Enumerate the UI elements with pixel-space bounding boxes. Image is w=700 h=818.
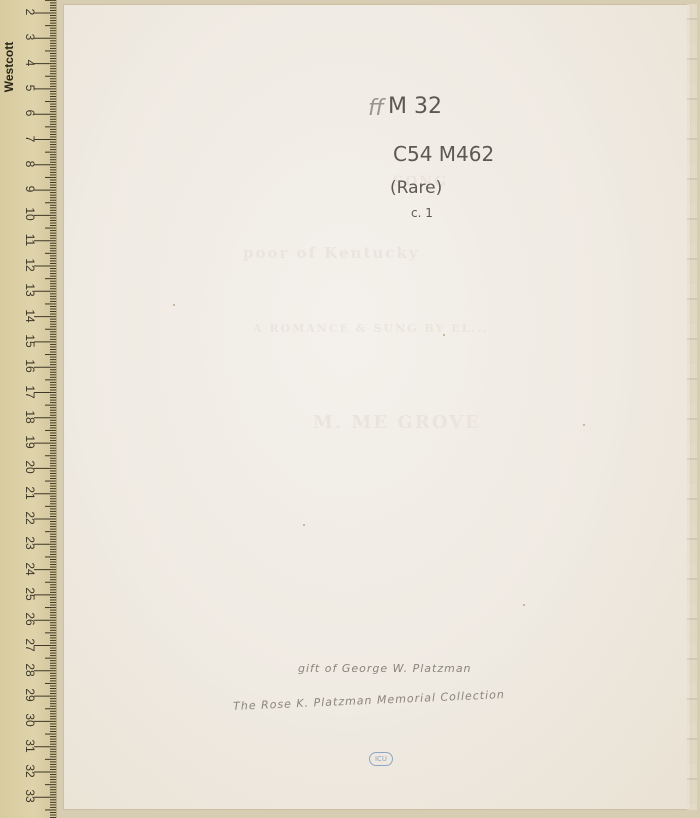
ruler-number: 25 (23, 584, 37, 604)
ruler-number: 5 (23, 78, 37, 98)
ruler-number: 3 (23, 27, 37, 47)
ruler-number: 4 (23, 53, 37, 73)
ruler-number: 14 (23, 306, 37, 326)
ruler-number: 26 (23, 609, 37, 629)
ruler-number: 23 (23, 533, 37, 553)
call-number-prefix: ff (368, 96, 384, 121)
ruler-number: 20 (23, 457, 37, 477)
bleed-through-line-4: M. ME GROVE (313, 412, 481, 433)
ruler-number: 13 (23, 280, 37, 300)
ruler-number: 31 (23, 736, 37, 756)
ruler-number: 22 (23, 508, 37, 528)
library-stamp: ICU (369, 752, 393, 766)
paper-speck (583, 424, 585, 426)
ruler-number: 29 (23, 685, 37, 705)
ruler-number: 33 (23, 786, 37, 806)
torn-page-edge (687, 4, 697, 810)
ruler-number: 6 (23, 103, 37, 123)
call-number-line-2: C54 M462 (393, 142, 494, 166)
ruler-number: 11 (23, 230, 37, 250)
call-number-line-1: M 32 (388, 94, 442, 119)
ruler-number: 32 (23, 761, 37, 781)
bleed-through-line-3: A ROMANCE & SUNG BY EL... (253, 322, 489, 335)
ruler-number: 9 (23, 179, 37, 199)
measuring-ruler: R405-18" Westcott 2345678910111213141516… (0, 0, 57, 818)
ruler-number: 2 (23, 2, 37, 22)
ruler-number: 28 (23, 660, 37, 680)
ruler-number: 10 (23, 204, 37, 224)
ruler-number: 30 (23, 710, 37, 730)
ruler-number: 8 (23, 154, 37, 174)
call-number-line-3: (Rare) (390, 178, 442, 198)
paper-speck (443, 334, 445, 336)
document-page: SONG poor of Kentucky A ROMANCE & SUNG B… (63, 4, 691, 810)
provenance-gift-note: gift of George W. Platzman (298, 662, 472, 675)
paper-speck (523, 604, 525, 606)
call-number-line-4: c. 1 (411, 206, 433, 220)
ruler-number: 17 (23, 382, 37, 402)
ruler-number: 24 (23, 559, 37, 579)
provenance-collection-note: The Rose K. Platzman Memorial Collection (233, 688, 505, 713)
ruler-number: 27 (23, 635, 37, 655)
ruler-number: 15 (23, 331, 37, 351)
bleed-through-line-2: poor of Kentucky (243, 244, 420, 262)
paper-speck (303, 524, 305, 526)
ruler-number: 7 (23, 129, 37, 149)
ruler-number: 16 (23, 356, 37, 376)
ruler-number: 18 (23, 407, 37, 427)
ruler-number: 21 (23, 483, 37, 503)
ruler-number: 19 (23, 432, 37, 452)
ruler-number: 12 (23, 255, 37, 275)
paper-speck (173, 304, 175, 306)
